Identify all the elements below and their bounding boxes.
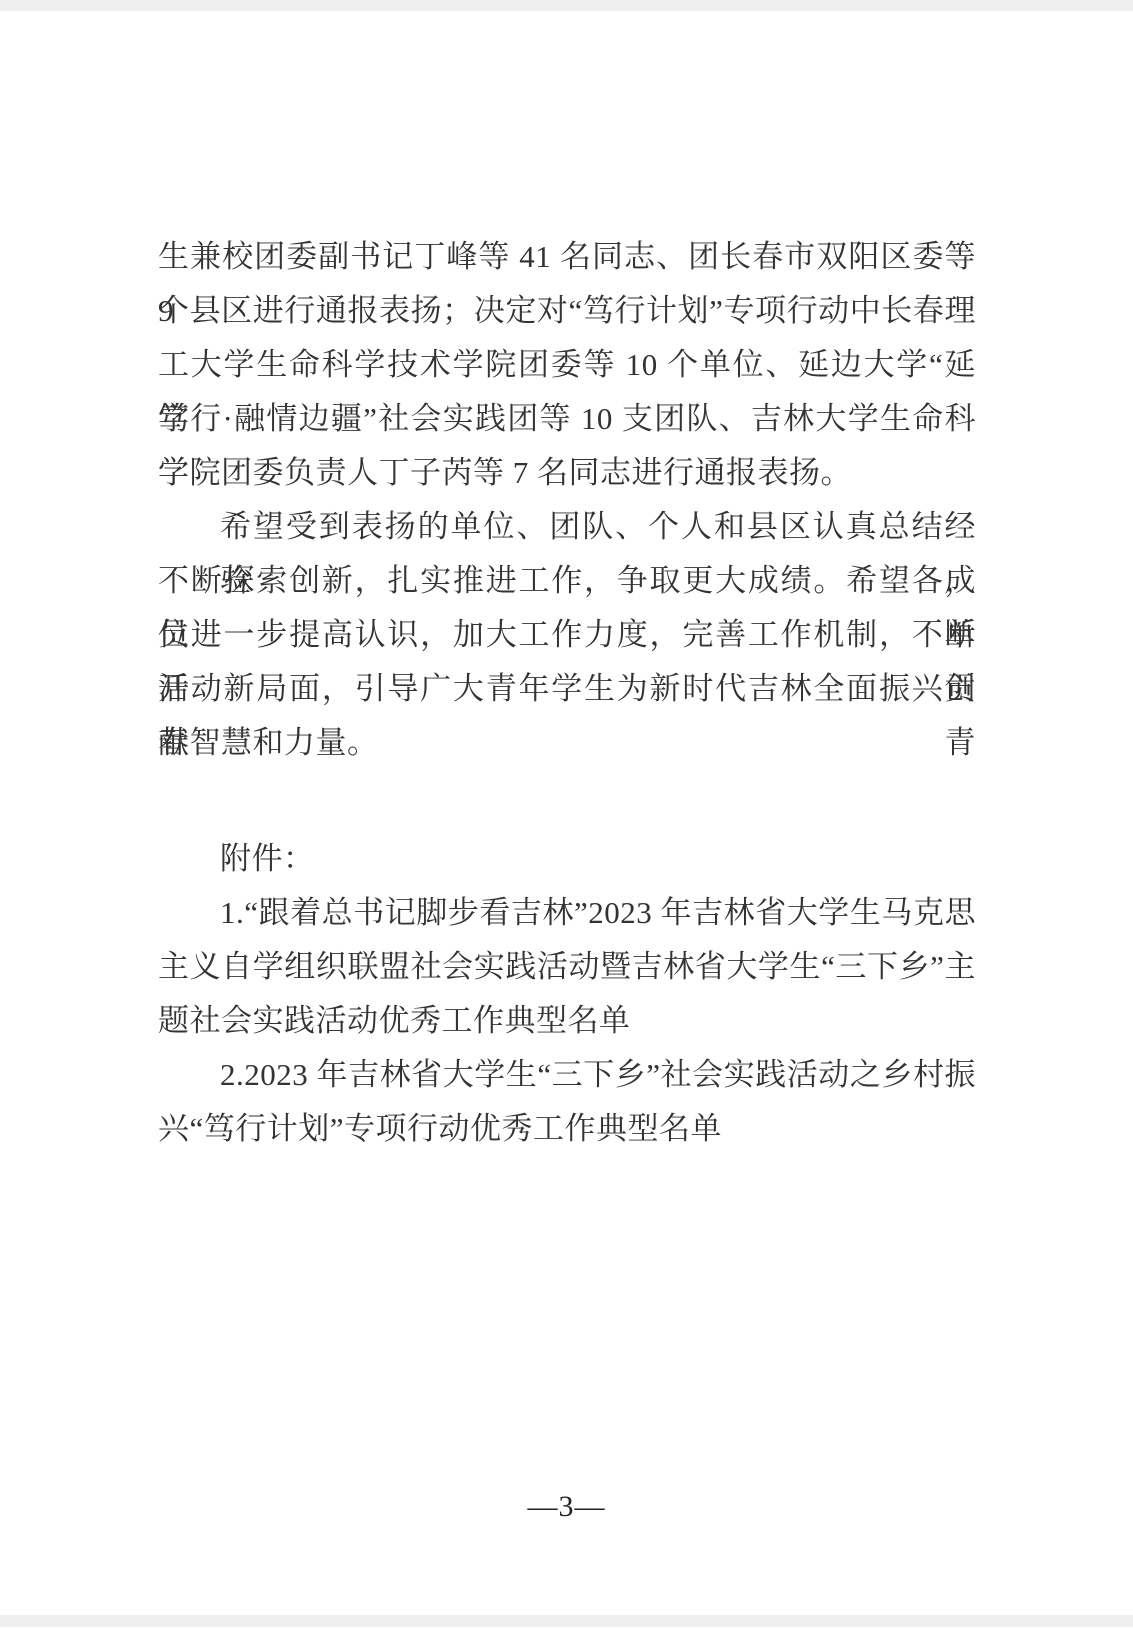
- attachment-item-line: 题社会实践活动优秀工作典型名单: [158, 994, 976, 1048]
- body-line: 笃行·融情边疆”社会实践团等 10 支团队、吉林大学生命科学: [158, 392, 976, 446]
- attachment-item-line: 兴“笃行计划”专项行动优秀工作典型名单: [158, 1102, 976, 1156]
- attachment-item-line: 主义自学组织联盟社会实践活动暨吉林省大学生“三下乡”主: [158, 940, 976, 994]
- body-line: 工大学生命科学技术学院团委等 10 个单位、延边大学“延学: [158, 338, 976, 392]
- body-line: 生兼校团委副书记丁峰等 41 名同志、团长春市双阳区委等 9: [158, 230, 976, 284]
- document-page: 生兼校团委副书记丁峰等 41 名同志、团长春市双阳区委等 9 个县区进行通报表扬…: [0, 0, 1133, 1631]
- scan-artifact-band-bottom: [0, 1615, 1133, 1627]
- body-line: 不断探索创新，扎实推进工作，争取更大成绩。希望各成员单: [158, 554, 976, 608]
- page-number: —3—: [0, 1487, 1133, 1527]
- document-body: 生兼校团委副书记丁峰等 41 名同志、团长春市双阳区委等 9 个县区进行通报表扬…: [158, 230, 976, 1156]
- body-line: 学院团委负责人丁子芮等 7 名同志进行通报表扬。: [158, 446, 976, 500]
- paragraph-gap: [158, 770, 976, 832]
- body-line: 位进一步提高认识，加大工作力度，完善工作机制，不断开创: [158, 608, 976, 662]
- body-line: 个县区进行通报表扬；决定对“笃行计划”专项行动中长春理: [158, 284, 976, 338]
- scan-artifact-band-top: [0, 0, 1133, 11]
- attachment-item-line: 1.“跟着总书记脚步看吉林”2023 年吉林省大学生马克思: [158, 886, 976, 940]
- body-line: 希望受到表扬的单位、团队、个人和县区认真总结经验，: [158, 500, 976, 554]
- attachment-item-line: 2.2023 年吉林省大学生“三下乡”社会实践活动之乡村振: [158, 1048, 976, 1102]
- attachments-label: 附件：: [158, 832, 976, 886]
- body-line: 活动新局面，引导广大青年学生为新时代吉林全面振兴贡献青: [158, 662, 976, 716]
